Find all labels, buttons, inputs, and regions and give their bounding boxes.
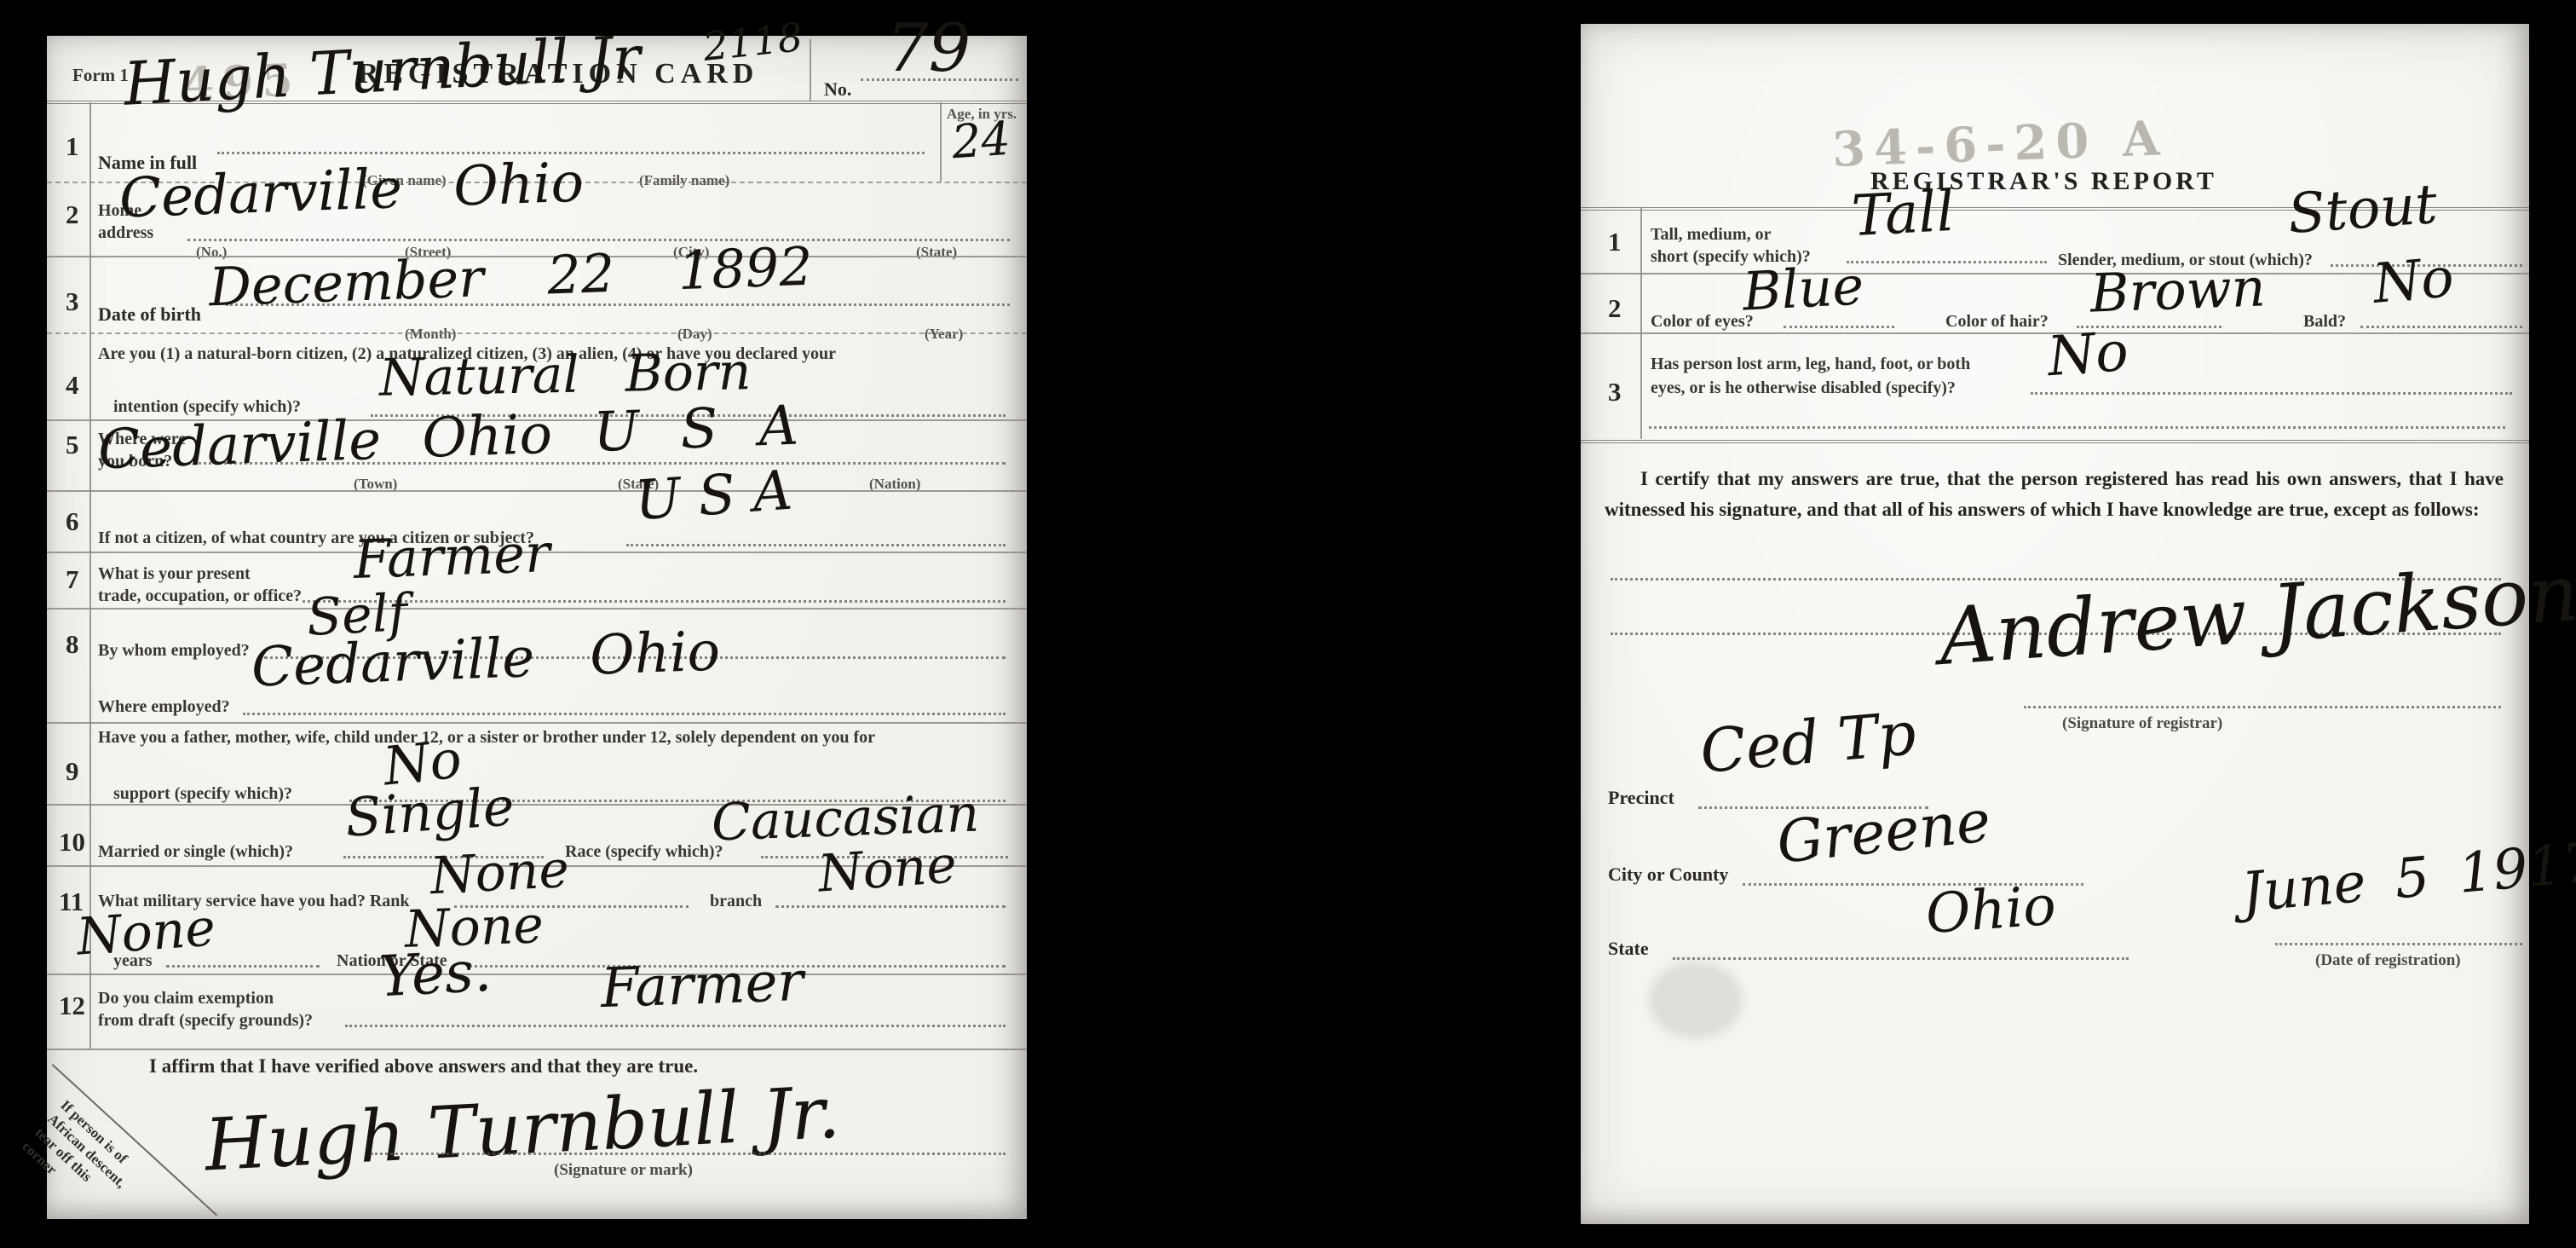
registrars-report-card: 34-6-20 A REGISTRAR'S REPORT 1 Tall, med… [1581, 24, 2529, 1224]
birth-month-sublabel: (Month) [405, 326, 456, 343]
signature-caption: (Signature or mark) [554, 1161, 693, 1180]
row-1-number: 1 [66, 131, 79, 162]
address-answer: Cedarville Ohio [118, 156, 585, 227]
precinct-value: Ced Tp [1697, 703, 1918, 782]
city-county-label: City or County [1608, 864, 1728, 886]
employer-label: By whom employed? [98, 641, 250, 661]
where-employed-answer: Cedarville Ohio [251, 624, 721, 695]
report-row-3-number: 3 [1608, 377, 1622, 407]
family-name-sublabel: (Family name) [639, 172, 729, 189]
city-county-value: Greene [1774, 793, 1993, 873]
row-2-number: 2 [66, 199, 79, 230]
registrar-signature: Andrew Jackson [1937, 554, 2576, 677]
branch-dotted-line [775, 905, 1006, 908]
registration-card: Form 1 495 REGISTRATION CARD 2118 No. 79… [47, 36, 1027, 1219]
report-blank-dotted-line [1649, 426, 2505, 429]
bald-label: Bald? [2303, 312, 2346, 332]
row-6-number: 6 [66, 506, 79, 537]
signature-dotted-line [371, 1153, 1006, 1155]
trade-label-line1: What is your present [98, 564, 251, 584]
registrar-signature-caption: (Signature of registrar) [2062, 714, 2222, 733]
affirmation-text: I affirm that I have verified above answ… [149, 1055, 698, 1078]
hair-answer: Brown [2089, 261, 2267, 320]
dependents-line1: Have you a father, mother, wife, child u… [98, 728, 875, 748]
card-number-label: No. [824, 78, 851, 101]
row-4-number: 4 [66, 370, 79, 401]
bald-answer: No [2371, 251, 2456, 312]
hair-label: Color of hair? [1945, 312, 2049, 332]
card-number-value: 79 [886, 15, 971, 82]
exemption-answer-2: Farmer [600, 955, 804, 1016]
where-employed-dotted-line [243, 713, 1006, 715]
trade-dotted-line [303, 600, 1006, 603]
row-5-number: 5 [66, 430, 79, 460]
tear-corner-note: If person is of African descent, tear of… [18, 1096, 143, 1220]
height-dotted-line [1847, 261, 2047, 263]
exemption-line2: from draft (specify grounds)? [98, 1011, 313, 1031]
registrar-signature-line [2024, 706, 2501, 708]
age-value: 24 [950, 116, 1011, 166]
eyes-answer: Blue [1741, 259, 1864, 318]
build-answer: Stout [2286, 177, 2439, 242]
scan-smudge [1649, 962, 1743, 1038]
row-11-rule [47, 974, 1027, 975]
row-3-rule [47, 332, 1027, 334]
form-number-label: Form 1 [72, 65, 129, 86]
row-12-rule [47, 1049, 1027, 1050]
row-8-rule [47, 722, 1027, 724]
row-12-number: 12 [59, 991, 85, 1021]
exemption-dotted-line [345, 1025, 1006, 1027]
dependents-line2: support (specify which)? [113, 784, 292, 804]
registration-date-caption: (Date of registration) [2315, 951, 2461, 970]
disability-dotted-line [2031, 392, 2512, 395]
row-3-number: 3 [66, 286, 79, 317]
years-dotted-line [166, 965, 320, 968]
registration-date-value: June 5 1917 [2239, 835, 2576, 921]
married-answer: Single [343, 780, 516, 845]
trade-answer: Farmer [353, 527, 551, 586]
birth-year-sublabel: (Year) [925, 326, 963, 343]
row-5-rule [47, 490, 1027, 492]
branch-label: branch [710, 892, 762, 911]
height-label-line1: Tall, medium, or [1651, 225, 1772, 245]
registration-date-line [2275, 943, 2522, 945]
where-employed-label: Where employed? [98, 697, 230, 717]
birth-day-sublabel: (Day) [677, 326, 712, 343]
state-value: Ohio [1924, 879, 2058, 942]
row-8-number: 8 [66, 629, 79, 660]
header-divider-line [810, 39, 811, 101]
exemption-line1: Do you claim exemption [98, 989, 274, 1008]
precinct-label: Precinct [1608, 787, 1674, 809]
report-number-column-line [1640, 207, 1642, 439]
disability-label-line2: eyes, or is he otherwise disabled (speci… [1651, 378, 1956, 398]
row-10-number: 10 [59, 827, 85, 858]
eyes-label: Color of eyes? [1651, 312, 1754, 332]
date-of-birth-label: Date of birth [98, 303, 201, 326]
married-single-label: Married or single (which)? [98, 842, 293, 862]
not-citizen-answer: U S A [633, 464, 794, 529]
height-answer: Tall [1850, 183, 1956, 245]
report-row-3-rule [1581, 440, 2529, 443]
state-dotted-line [1673, 957, 2129, 960]
address-dotted-line [187, 239, 1010, 241]
years-answer: None [75, 902, 217, 962]
bald-dotted-line [2360, 326, 2522, 328]
eyes-dotted-line [1784, 326, 1894, 328]
age-box-line [940, 102, 942, 182]
race-label: Race (specify which)? [565, 842, 723, 862]
rank-answer: None [429, 844, 571, 902]
registrant-signature: Hugh Turnbull Jr. [203, 1077, 841, 1182]
disability-answer: No [2046, 325, 2130, 384]
scanned-document-page: { "colors":{"background":"#000000","pape… [0, 0, 2576, 1248]
row-7-rule [47, 608, 1027, 610]
report-row-2-number: 2 [1608, 293, 1622, 324]
state-label: State [1608, 938, 1649, 960]
trade-label-line2: trade, occupation, or office? [98, 586, 302, 606]
serial-number-handwritten: 2118 [701, 17, 804, 66]
address-state-sublabel: (State) [916, 244, 957, 261]
certify-paragraph: I certify that my answers are true, that… [1605, 464, 2504, 524]
exemption-answer-1: Yes. [377, 944, 493, 1006]
citizen-answer: Natural Born [379, 346, 752, 404]
row-9-number: 9 [66, 756, 79, 787]
not-citizen-dotted-line [626, 544, 1006, 546]
report-row-1-number: 1 [1608, 227, 1622, 257]
branch-answer: None [816, 839, 959, 899]
row-7-number: 7 [66, 564, 79, 595]
disability-label-line1: Has person lost arm, leg, hand, foot, or… [1651, 355, 1970, 374]
